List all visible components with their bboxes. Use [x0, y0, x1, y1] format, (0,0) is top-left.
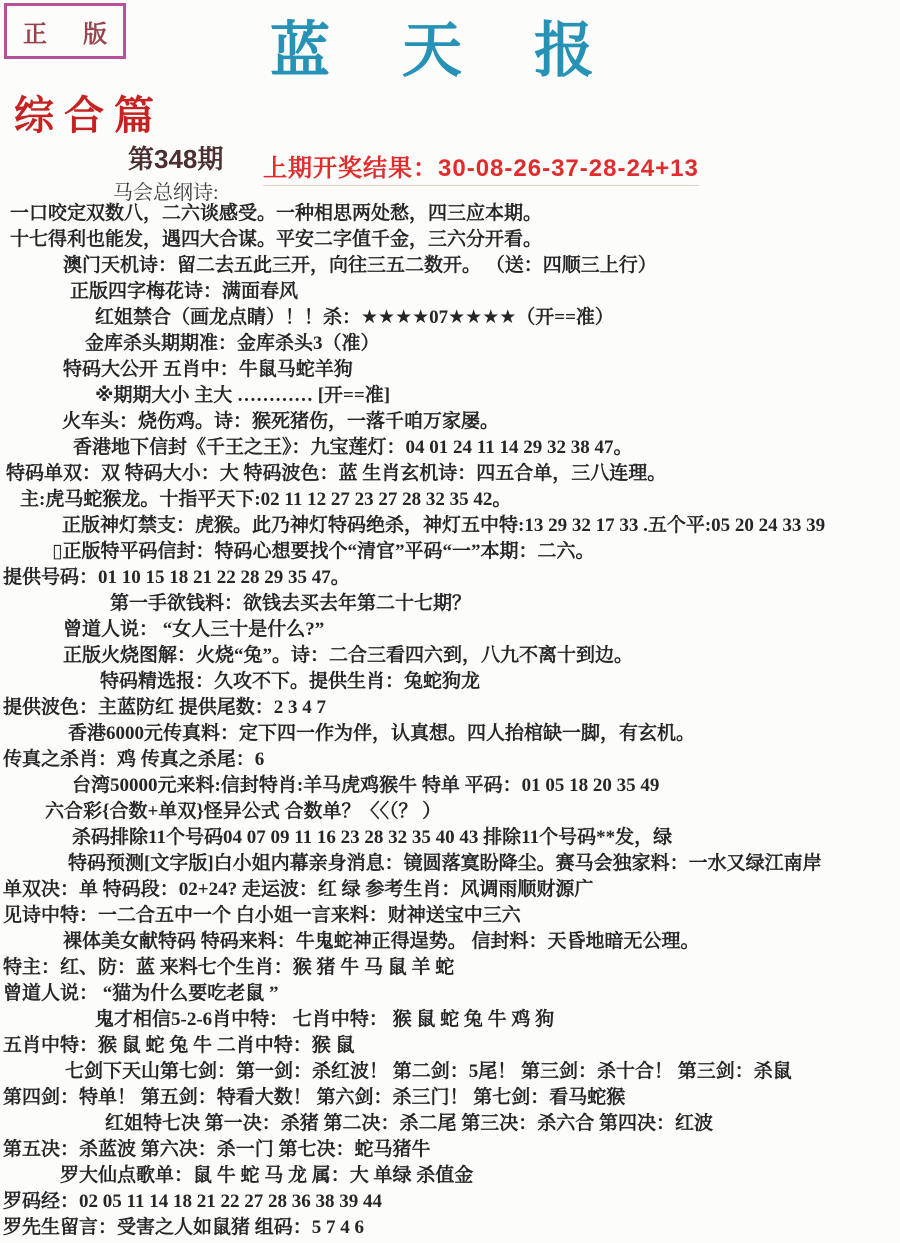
- text-line: ▯正版特平码信封：特码心想要找个“清官”平码“一”本期：二六。: [0, 539, 900, 565]
- text-line: 特码大公开 五肖中：牛鼠马蛇羊狗: [0, 357, 900, 383]
- text-line: 红姐禁合（画龙点睛）！！杀：★★★★07★★★★（开==准）: [0, 305, 900, 331]
- text-line: 红姐特七决 第一决：杀猪 第二决：杀二尾 第三决：杀六合 第四决：红波: [0, 1111, 900, 1137]
- text-line: 主:虎马蛇猴龙。十指平天下:02 11 12 27 23 27 28 32 35…: [0, 487, 900, 513]
- text-line: 澳门天机诗：留二去五此三开，向往三五二数开。 （送：四顺三上行）: [0, 253, 900, 279]
- text-line: 提供号码：01 10 15 18 21 22 28 29 35 47。: [0, 565, 900, 591]
- issue-number: 第348期: [128, 139, 223, 176]
- text-line: 提供波色：主蓝防红 提供尾数：2 3 4 7: [0, 695, 900, 721]
- text-line: 传真之杀肖：鸡 传真之杀尾：6: [0, 747, 900, 773]
- text-line: 特码预测[文字版]白小姐内幕亲身消息：镜圆落寞盼降尘。赛马会独家料：一水又绿江南…: [0, 851, 900, 877]
- text-line: 金库杀头期期准：金库杀头3（准）: [0, 331, 900, 357]
- text-line: 六合彩{合数+单双}怪异公式 合数单？〈〈（？ ）: [0, 799, 900, 825]
- text-line: 鬼才相信5-2-6肖中特： 七肖中特： 猴 鼠 蛇 兔 牛 鸡 狗: [0, 1007, 900, 1033]
- text-line: 台湾50000元来料:信封特肖:羊马虎鸡猴牛 特单 平码：01 05 18 20…: [0, 773, 900, 799]
- text-line: 正版神灯禁支：虎猴。此乃神灯特码绝杀，神灯五中特:13 29 32 17 33 …: [0, 513, 900, 539]
- text-line: 香港地下信封《千王之王》：九宝莲灯：04 01 24 11 14 29 32 3…: [0, 435, 900, 461]
- text-line: 特码精选报：久攻不下。提供生肖：兔蛇狗龙: [0, 669, 900, 695]
- text-line: 杀码排除11个号码04 07 09 11 16 23 28 32 35 40 4…: [0, 825, 900, 851]
- text-line: ※期期大小 主大 ………… [开==准]: [0, 383, 900, 409]
- text-line: 第一手欲钱料：欲钱去买去年第二十七期？: [0, 591, 900, 617]
- text-line: 正版四字梅花诗：满面春风: [0, 279, 900, 305]
- text-line: 第四剑：特单！ 第五剑：特看大数！ 第六剑：杀三门！ 第七剑：看马蛇猴: [0, 1085, 900, 1111]
- text-line: 曾道人说： “女人三十是什么?”: [0, 617, 900, 643]
- text-line: 香港6000元传真料：定下四一作为伴，认真想。四人抬棺缺一脚，有玄机。: [0, 721, 900, 747]
- last-draw-result: 上期开奖结果：30-08-26-37-28-24+13: [263, 148, 699, 186]
- section-title: 综合篇: [14, 94, 164, 138]
- text-line: 第五决：杀蓝波 第六决：杀一门 第七决：蛇马猪牛: [0, 1137, 900, 1163]
- text-line: 一口咬定双数八，二六谈感受。一种相思两处愁，四三应本期。: [0, 201, 900, 227]
- text-line: 裸体美女献特码 特码来料：牛鬼蛇神正得逞势。 信封料：天昏地暗无公理。: [0, 929, 900, 955]
- text-line: 单双决：单 特码段：02+24? 走运波：红 绿 参考生肖：风调雨顺财源广: [0, 877, 900, 903]
- text-line: 罗先生留言：受害之人如鼠猪 组码：5 7 4 6: [0, 1215, 900, 1241]
- text-line: 曾道人说： “猫为什么要吃老鼠 ”: [0, 981, 900, 1007]
- text-line: 火车头：烧伤鸡。诗：猴死猪伤，一落千咱万家屡。: [0, 409, 900, 435]
- paper-title: 蓝天报: [0, 12, 900, 90]
- text-line: 罗码经：02 05 11 14 18 21 22 27 28 36 38 39 …: [0, 1189, 900, 1215]
- text-line: 特码单双：双 特码大小：大 特码波色：蓝 生肖玄机诗：四五合单，三八连理。: [0, 461, 900, 487]
- last-draw-result-label: 上期开奖结果：: [263, 155, 438, 182]
- text-line: 罗大仙点歌单：鼠 牛 蛇 马 龙 属：大 单绿 杀值金: [0, 1163, 900, 1189]
- text-line: 正版火烧图解：火烧“兔”。诗：二合三看四六到，八九不离十到边。: [0, 643, 900, 669]
- text-line: 特主：红、防：蓝 来料七个生肖：猴 猪 牛 马 鼠 羊 蛇: [0, 955, 900, 981]
- body-lines: 一口咬定双数八，二六谈感受。一种相思两处愁，四三应本期。十七得利也能发，遇四大合…: [0, 201, 900, 1243]
- text-line: 五肖中特：猴 鼠 蛇 兔 牛 二肖中特：猴 鼠: [0, 1033, 900, 1059]
- newspaper-page: 正 版 蓝天报 综合篇 第348期 上期开奖结果：30-08-26-37-28-…: [0, 0, 900, 1243]
- text-line: 十七得利也能发，遇四大合谋。平安二字值千金，三六分开看。: [0, 227, 900, 253]
- text-line: 七剑下天山第七剑：第一剑：杀红波！ 第二剑：5尾！ 第三剑：杀十合！ 第三剑：杀…: [0, 1059, 900, 1085]
- last-draw-result-numbers: 30-08-26-37-28-24+13: [438, 155, 699, 182]
- text-line: 见诗中特：一二合五中一个 白小姐一言来料：财神送宝中三六: [0, 903, 900, 929]
